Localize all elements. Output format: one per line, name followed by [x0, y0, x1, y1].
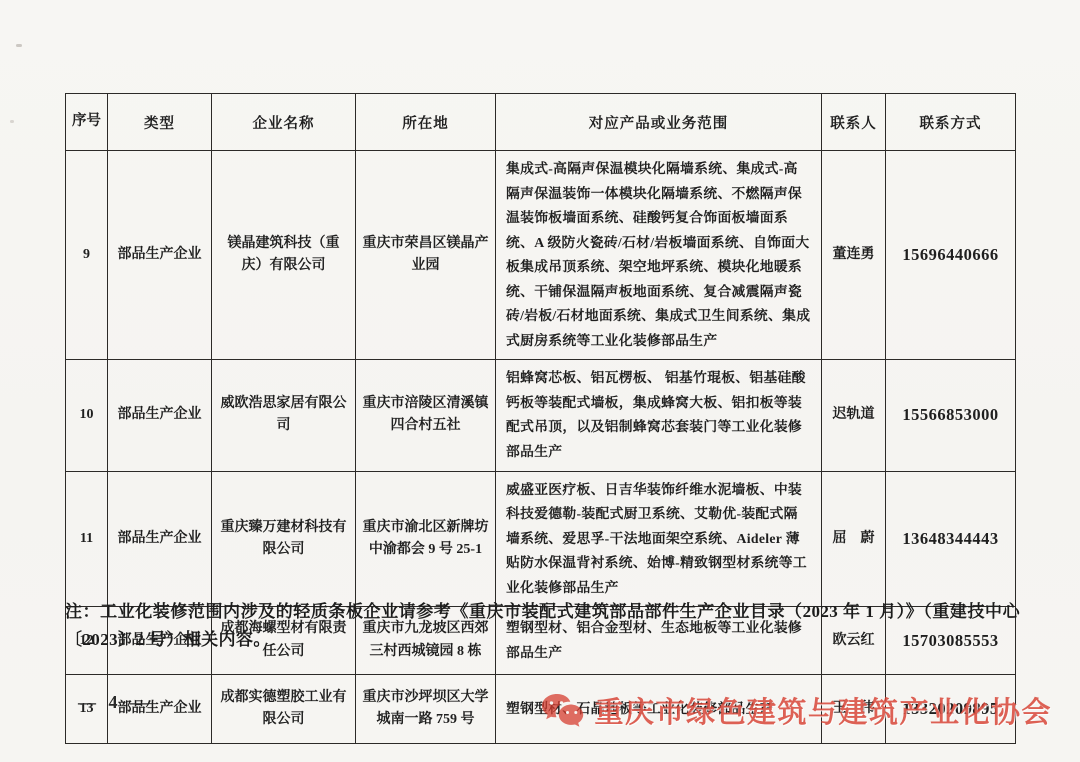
cell-contact: 董连勇 [822, 151, 886, 360]
cell-products: 铝蜂窝芯板、铝瓦楞板、 铝基竹琨板、铝基硅酸钙板等装配式墙板，集成蜂窝大板、铝扣… [496, 360, 822, 471]
cell-no: 11 [66, 471, 108, 607]
cell-name: 镁晶建筑科技（重庆）有限公司 [212, 151, 356, 360]
wechat-icon [540, 692, 586, 730]
column-header-phone: 联系方式 [886, 94, 1016, 151]
cell-products: 威盛亚医疗板、日吉华装饰纤维水泥墙板、中装科技爱德勒-装配式厨卫系统、艾勒优-装… [496, 471, 822, 607]
column-header-type: 类型 [108, 94, 212, 151]
cell-location: 重庆市沙坪坝区大学城南一路 759 号 [356, 675, 496, 744]
cell-no: 9 [66, 151, 108, 360]
cell-type: 部品生产企业 [108, 360, 212, 471]
cell-name: 重庆臻万建材科技有限公司 [212, 471, 356, 607]
cell-location: 重庆市荣昌区镁晶产业园 [356, 151, 496, 360]
cell-name: 威欧浩思家居有限公司 [212, 360, 356, 471]
cell-phone: 13648344443 [886, 471, 1016, 607]
table-row: 10 部品生产企业 威欧浩思家居有限公司 重庆市涪陵区清溪镇四合村五社 铝蜂窝芯… [66, 360, 1016, 471]
column-header-location: 所在地 [356, 94, 496, 151]
cell-name: 成都实德塑胶工业有限公司 [212, 675, 356, 744]
cell-phone: 15566853000 [886, 360, 1016, 471]
table-row: 11 部品生产企业 重庆臻万建材科技有限公司 重庆市渝北区新牌坊中渝都会 9 号… [66, 471, 1016, 607]
cell-products: 集成式-高隔声保温模块化隔墙系统、集成式-高隔声保温装饰一体模块化隔墙系统、不燃… [496, 151, 822, 360]
cell-type: 部品生产企业 [108, 471, 212, 607]
scan-artifact [16, 44, 22, 47]
table-header-row: 序号 类型 企业名称 所在地 对应产品或业务范围 联系人 联系方式 [66, 94, 1016, 151]
cell-location: 重庆市渝北区新牌坊中渝都会 9 号 25-1 [356, 471, 496, 607]
document-page: 序号 类型 企业名称 所在地 对应产品或业务范围 联系人 联系方式 9 部品生产… [0, 0, 1080, 762]
column-header-products: 对应产品或业务范围 [496, 94, 822, 151]
cell-location: 重庆市涪陵区清溪镇四合村五社 [356, 360, 496, 471]
column-header-name: 企业名称 [212, 94, 356, 151]
cell-contact: 屈 蔚 [822, 471, 886, 607]
footnote-text: 注：工业化装修范围内涉及的轻质条板企业请参考《重庆市装配式建筑部品部件生产企业目… [65, 598, 1020, 654]
scan-artifact [10, 120, 14, 123]
cell-no: 10 [66, 360, 108, 471]
cell-type: 部品生产企业 [108, 151, 212, 360]
association-name: 重庆市绿色建筑与建筑产业化协会 [594, 690, 1052, 731]
column-header-contact: 联系人 [822, 94, 886, 151]
association-watermark: 重庆市绿色建筑与建筑产业化协会 [540, 690, 1052, 731]
table-row: 9 部品生产企业 镁晶建筑科技（重庆）有限公司 重庆市荣昌区镁晶产业园 集成式-… [66, 151, 1016, 360]
column-header-no: 序号 [66, 94, 108, 151]
cell-contact: 迟轨道 [822, 360, 886, 471]
page-number: — 4 — [78, 692, 152, 713]
cell-phone: 15696440666 [886, 151, 1016, 360]
